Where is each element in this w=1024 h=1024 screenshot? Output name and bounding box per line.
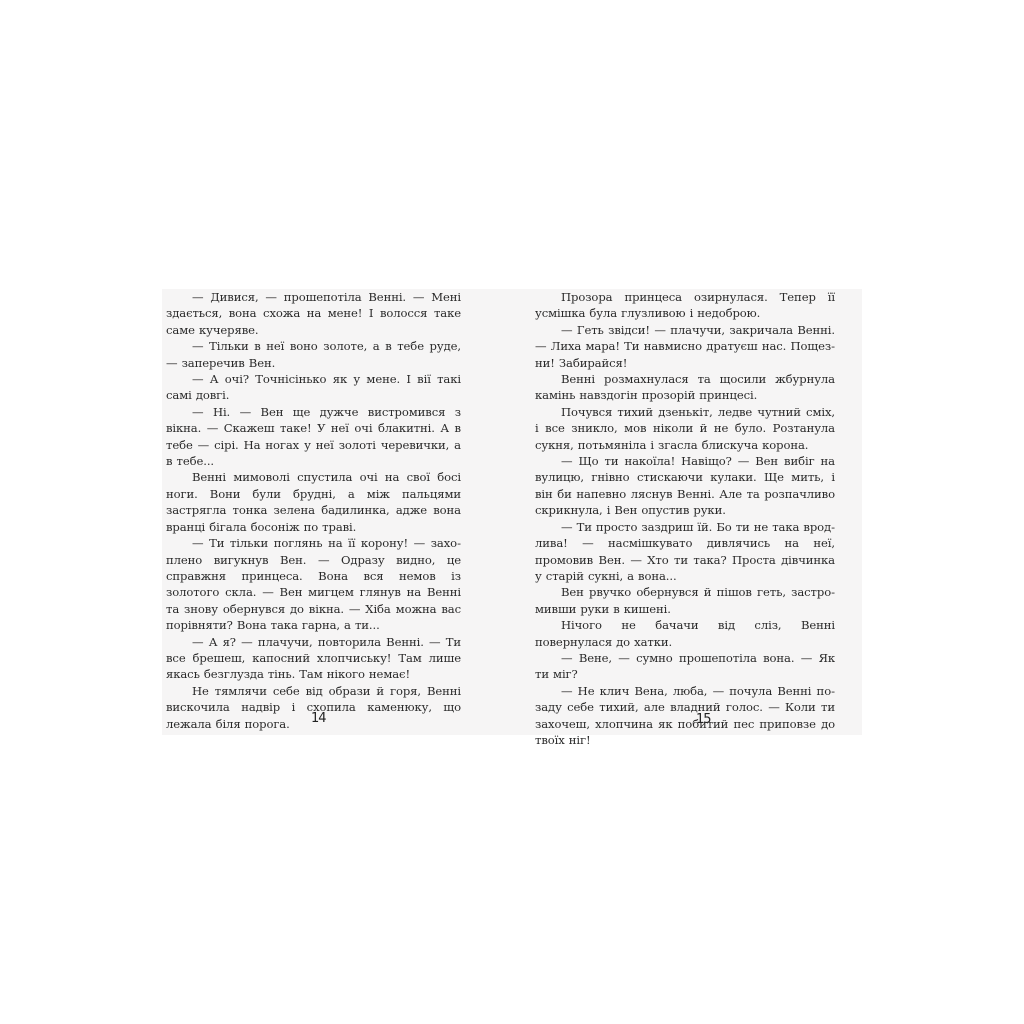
paragraph: — А очі? Точнісінько як у мене. І вії та… [166,371,461,404]
paragraph: — Що ти накоїла! Навіщо? — Вен вибіг на … [535,453,835,519]
page-number-right: 15 [696,712,711,728]
paragraph: — Ти тільки поглянь на її корону! — захо… [166,535,461,633]
book-spread: — Дивися, — прошепотіла Венні. — Мені зд… [162,289,862,735]
paragraph: Венні розмахнулася та щосили жбурнула ка… [535,371,835,404]
paragraph: — Не клич Вена, люба, — почула Венні по­… [535,683,835,749]
paragraph: — Тільки в неї воно золоте, а в тебе руд… [166,338,461,371]
right-page-text: Прозора принцеса озирнулася. Тепер її ус… [535,289,835,748]
paragraph: — Дивися, — прошепотіла Венні. — Мені зд… [166,289,461,338]
right-page: Прозора принцеса озирнулася. Тепер її ус… [535,289,835,735]
paragraph: — Ти просто заздриш їй. Бо ти не така вр… [535,519,835,585]
paragraph: — Ні. — Вен ще дужче вистромився з вікна… [166,404,461,470]
page-number-left: 14 [311,711,326,727]
paragraph: Почувся тихий дзенькіт, ледве чутний смі… [535,404,835,453]
left-page-text: — Дивися, — прошепотіла Венні. — Мені зд… [166,289,461,732]
paragraph: Вен рвучко обернувся й пішов геть, застр… [535,584,835,617]
paragraph: — Вене, — сумно прошепотіла вона. — Як т… [535,650,835,683]
paragraph: Венні мимоволі спустила очі на свої босі… [166,469,461,535]
paragraph: Нічого не бачачи від сліз, Венні поверну… [535,617,835,650]
paragraph: — А я? — плачучи, повторила Венні. — Ти … [166,634,461,683]
left-page: — Дивися, — прошепотіла Венні. — Мені зд… [166,289,461,735]
paragraph: — Геть звідси! — плачучи, закричала Венн… [535,322,835,371]
paragraph: Прозора принцеса озирнулася. Тепер її ус… [535,289,835,322]
